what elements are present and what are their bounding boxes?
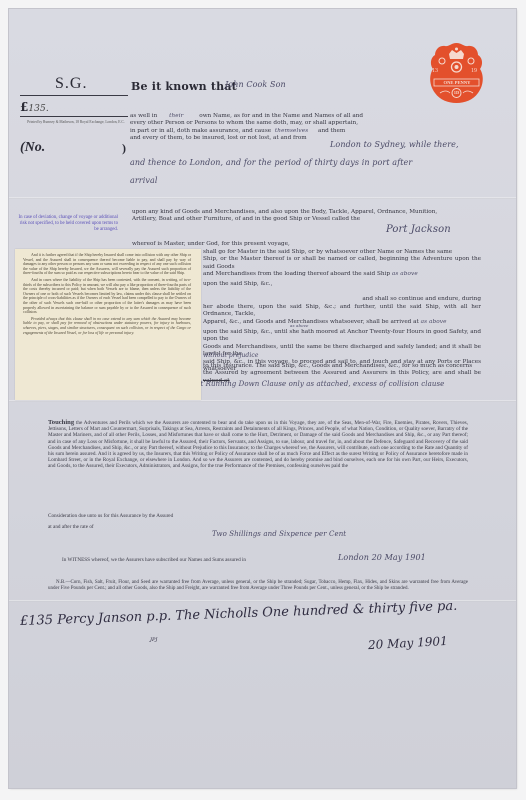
continue-line: and shall so continue and endure, during bbox=[203, 296, 481, 303]
fold-line bbox=[9, 400, 516, 402]
text: upon any kind of Goods and Merchandises,… bbox=[132, 209, 481, 216]
etc-line: upon the said Ship, &c., bbox=[203, 281, 481, 288]
stamp-label: ONE PENNY bbox=[437, 80, 477, 85]
opening-phrase: Be it known that bbox=[131, 80, 237, 93]
text: own Name, as for and in the Name and Nam… bbox=[199, 113, 363, 119]
handwritten-their: their bbox=[159, 113, 197, 119]
handwritten-as-above: as above bbox=[421, 319, 447, 325]
perils-text: the Adventures and Perils which we the A… bbox=[48, 420, 468, 469]
text: as well in bbox=[130, 113, 157, 119]
sum-insured: £135. bbox=[20, 100, 49, 114]
further-paragraph: her abode there, upon the said Ship, &c.… bbox=[203, 304, 481, 326]
text: Ship, or the Master thereof is or shall … bbox=[203, 256, 481, 271]
nb-note: N.B.—Corn, Fish, Salt, Fruit, Flour, and… bbox=[48, 580, 468, 592]
moored-insert: as above bbox=[290, 323, 309, 328]
witness-handwritten: London 20 May 1901 bbox=[338, 553, 426, 562]
policy-number-close: ) bbox=[122, 141, 126, 156]
touching-lead: Touching bbox=[48, 419, 74, 426]
handwritten-without-prejudice: without prejudice bbox=[203, 352, 258, 359]
text: Artillery, Boat and other Furniture, of … bbox=[132, 216, 481, 223]
stamp-year-right: 19 bbox=[471, 68, 477, 74]
divider bbox=[20, 95, 128, 96]
text: and them bbox=[318, 128, 345, 134]
subscription-initials: JPJ bbox=[150, 637, 157, 643]
master-paragraph: shall go for Master in the said Ship, or… bbox=[203, 249, 481, 279]
divider bbox=[20, 116, 128, 117]
slip-paragraph-1: And it is further agreed that if the Shi… bbox=[23, 253, 191, 276]
slip-paragraph-3: Provided always that this clause shall i… bbox=[23, 317, 191, 335]
perils-paragraph: Touching the Adventures and Perils which… bbox=[48, 420, 468, 470]
handwritten-as-above: as above bbox=[392, 271, 418, 277]
text: in part or in all, doth make assurance, … bbox=[130, 128, 271, 134]
stamp-value: 1D bbox=[452, 90, 461, 95]
collision-clause-slip: And it is further agreed that if the Shi… bbox=[15, 249, 201, 400]
text: upon the said Ship, &c., until she hath … bbox=[203, 329, 481, 344]
slip-paragraph-2: And in cases where the liability of the … bbox=[23, 278, 191, 315]
insured-name: John Cook Son bbox=[225, 80, 286, 89]
witness-line: In WITNESS whereof, we the Assurers have… bbox=[62, 557, 362, 563]
text: to this Insurance. The said Ship, &c., G… bbox=[203, 363, 481, 370]
handwritten-themselves: themselves bbox=[273, 128, 316, 134]
rate-handwritten: Two Shillings and Sixpence per Cent bbox=[212, 530, 346, 538]
voyage-handwritten-2: and thence to London, and for the period… bbox=[130, 158, 412, 167]
fold-line bbox=[9, 197, 516, 199]
consideration-line: Consideration due unto us for this Assur… bbox=[48, 513, 468, 519]
goods-paragraph: upon any kind of Goods and Merchandises,… bbox=[132, 209, 481, 224]
text: Apparel, &c., and Goods and Merchandises… bbox=[203, 319, 419, 325]
voyage-handwritten-1: London to Sydney, while there, bbox=[330, 140, 459, 149]
opening-paragraph: as well in their own Name, as for and in… bbox=[130, 113, 384, 143]
printer-imprint: Printed by Rumsey & Matheson, 18 Royal E… bbox=[26, 120, 126, 125]
deviation-note: In case of deviation, change of voyage o… bbox=[18, 215, 118, 233]
ship-name: Port Jackson bbox=[386, 224, 451, 235]
text: and Merchandises from the loading thereo… bbox=[203, 271, 390, 277]
text: every other Person or Persons to whom th… bbox=[130, 120, 384, 127]
text: shall go for Master in the said Ship, or… bbox=[203, 249, 481, 256]
sum-value: 135. bbox=[28, 104, 48, 114]
stamp-year-left: 13 bbox=[432, 68, 438, 74]
one-penny-stamp: 13 19 ONE PENNY 1D bbox=[428, 41, 485, 104]
text: the Assured by agreement between the Ass… bbox=[203, 370, 481, 376]
text: her abode there, upon the said Ship, &c.… bbox=[203, 304, 481, 319]
voyage-handwritten-3: arrival bbox=[130, 176, 158, 185]
master-line: whereof is Master, under God, for this p… bbox=[132, 241, 481, 248]
form-code: S.G. bbox=[55, 75, 87, 93]
policy-number-label: (No. bbox=[20, 140, 45, 156]
